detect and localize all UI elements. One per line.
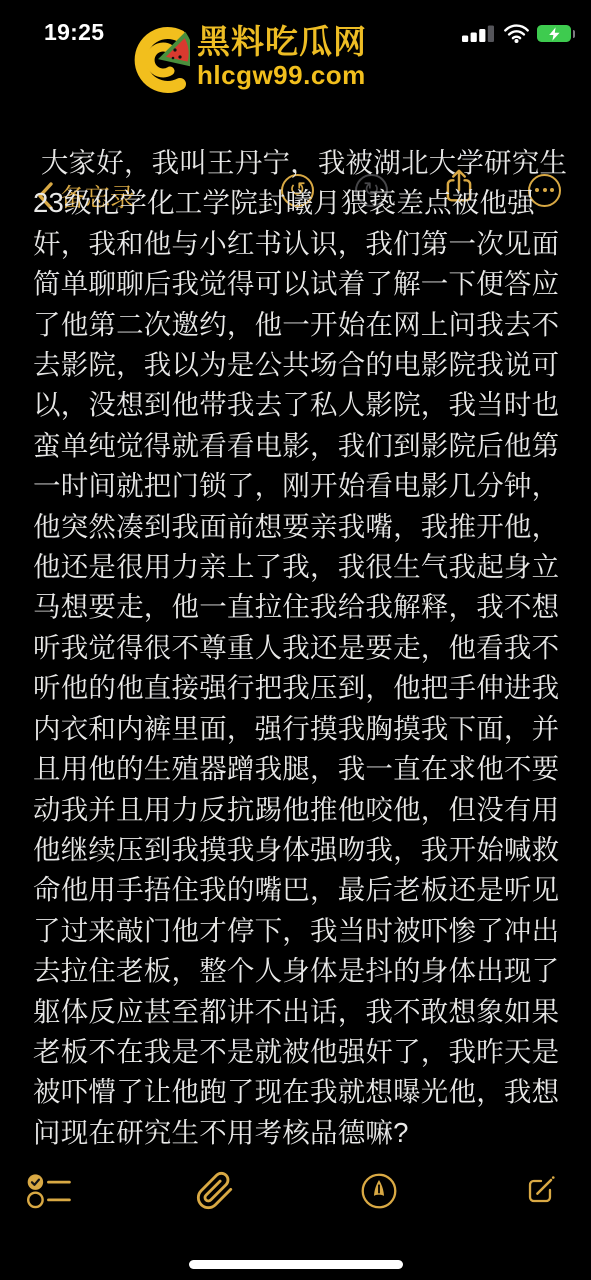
status-bar: 19:25 xyxy=(0,0,591,54)
note-text-line: 大家好，我叫王丹宁，我被湖北大学研究生 xyxy=(33,143,567,183)
iphone-screen: 19:25 xyxy=(0,0,591,1280)
note-text-line: 蛮单纯觉得就看看电影，我们到影院后他第 xyxy=(33,426,567,466)
note-body[interactable]: 大家好，我叫王丹宁，我被湖北大学研究生23级化学化工学院封曦月猥亵差点被他强奸，… xyxy=(33,143,567,1153)
note-text-line: 一时间就把门锁了，刚开始看电影几分钟， xyxy=(33,466,567,506)
markup-button[interactable] xyxy=(356,1168,402,1214)
status-icons xyxy=(462,24,571,43)
note-text-line: 内衣和内裤里面，强行摸我胸摸我下面，并 xyxy=(33,709,567,749)
note-text-line: 去影院，我以为是公共场合的电影院我说可 xyxy=(33,345,567,385)
note-text-line: 动我并且用力反抗踢他推他咬他，但没有用 xyxy=(33,790,567,830)
note-text-line: 23级化学化工学院封曦月猥亵差点被他强 xyxy=(33,183,567,223)
lightning-bolt-icon xyxy=(548,27,561,41)
battery-nub xyxy=(573,30,576,38)
nav-bar: 备忘录 ↺ ↻ xyxy=(0,84,591,142)
note-text-line: 去拉住老板，整个人身体是抖的身体出现了 xyxy=(33,951,567,991)
checklist-button[interactable] xyxy=(26,1168,72,1214)
wifi-icon xyxy=(503,24,530,43)
note-text-line: 听我觉得很不尊重人我还是要走，他看我不 xyxy=(33,628,567,668)
note-text-line: 以，没想到他带我去了私人影院，我当时也 xyxy=(33,385,567,425)
note-text-line: 被吓懵了让他跑了现在我就想曝光他，我想 xyxy=(33,1072,567,1112)
note-text-line: 了过来敲门他才停下，我当时被吓惨了冲出 xyxy=(33,911,567,951)
status-time: 19:25 xyxy=(44,19,104,46)
note-text-line: 奸，我和他与小红书认识，我们第一次见面 xyxy=(33,224,567,264)
compose-button[interactable] xyxy=(517,1168,563,1214)
bottom-toolbar xyxy=(0,1166,591,1214)
note-text-line: 了他第二次邀约，他一开始在网上问我去不 xyxy=(33,305,567,345)
battery-charging-icon xyxy=(537,25,571,42)
note-text-line: 他突然凑到我面前想要亲我嘴，我推开他， xyxy=(33,507,567,547)
note-text-line: 马想要走，他一直拉住我给我解释，我不想 xyxy=(33,587,567,627)
note-text-line: 他继续压到我摸我身体强吻我，我开始喊救 xyxy=(33,830,567,870)
compose-icon xyxy=(519,1170,561,1212)
note-text-line: 且用他的生殖器蹭我腿，我一直在求他不要 xyxy=(33,749,567,789)
note-text-line: 命他用手捂住我的嘴巴，最后老板还是听见 xyxy=(33,870,567,910)
note-text-line: 老板不在我是不是就被他强奸了，我昨天是 xyxy=(33,1032,567,1072)
attachment-button[interactable] xyxy=(192,1168,238,1214)
paperclip-icon xyxy=(195,1171,235,1211)
note-text-line: 他还是很用力亲上了我，我很生气我起身立 xyxy=(33,547,567,587)
cellular-signal-icon xyxy=(462,25,496,42)
note-text-line: 问现在研究生不用考核品德嘛? xyxy=(33,1113,567,1153)
note-text-line: 简单聊聊后我觉得可以试着了解一下便答应 xyxy=(33,264,567,304)
note-text-line: 听他的他直接强行把我压到，他把手伸进我 xyxy=(33,668,567,708)
note-text-line: 躯体反应甚至都讲不出话，我不敢想象如果 xyxy=(33,992,567,1032)
markup-pen-icon xyxy=(358,1170,400,1212)
checklist-icon xyxy=(26,1172,72,1210)
home-indicator[interactable] xyxy=(189,1260,403,1270)
